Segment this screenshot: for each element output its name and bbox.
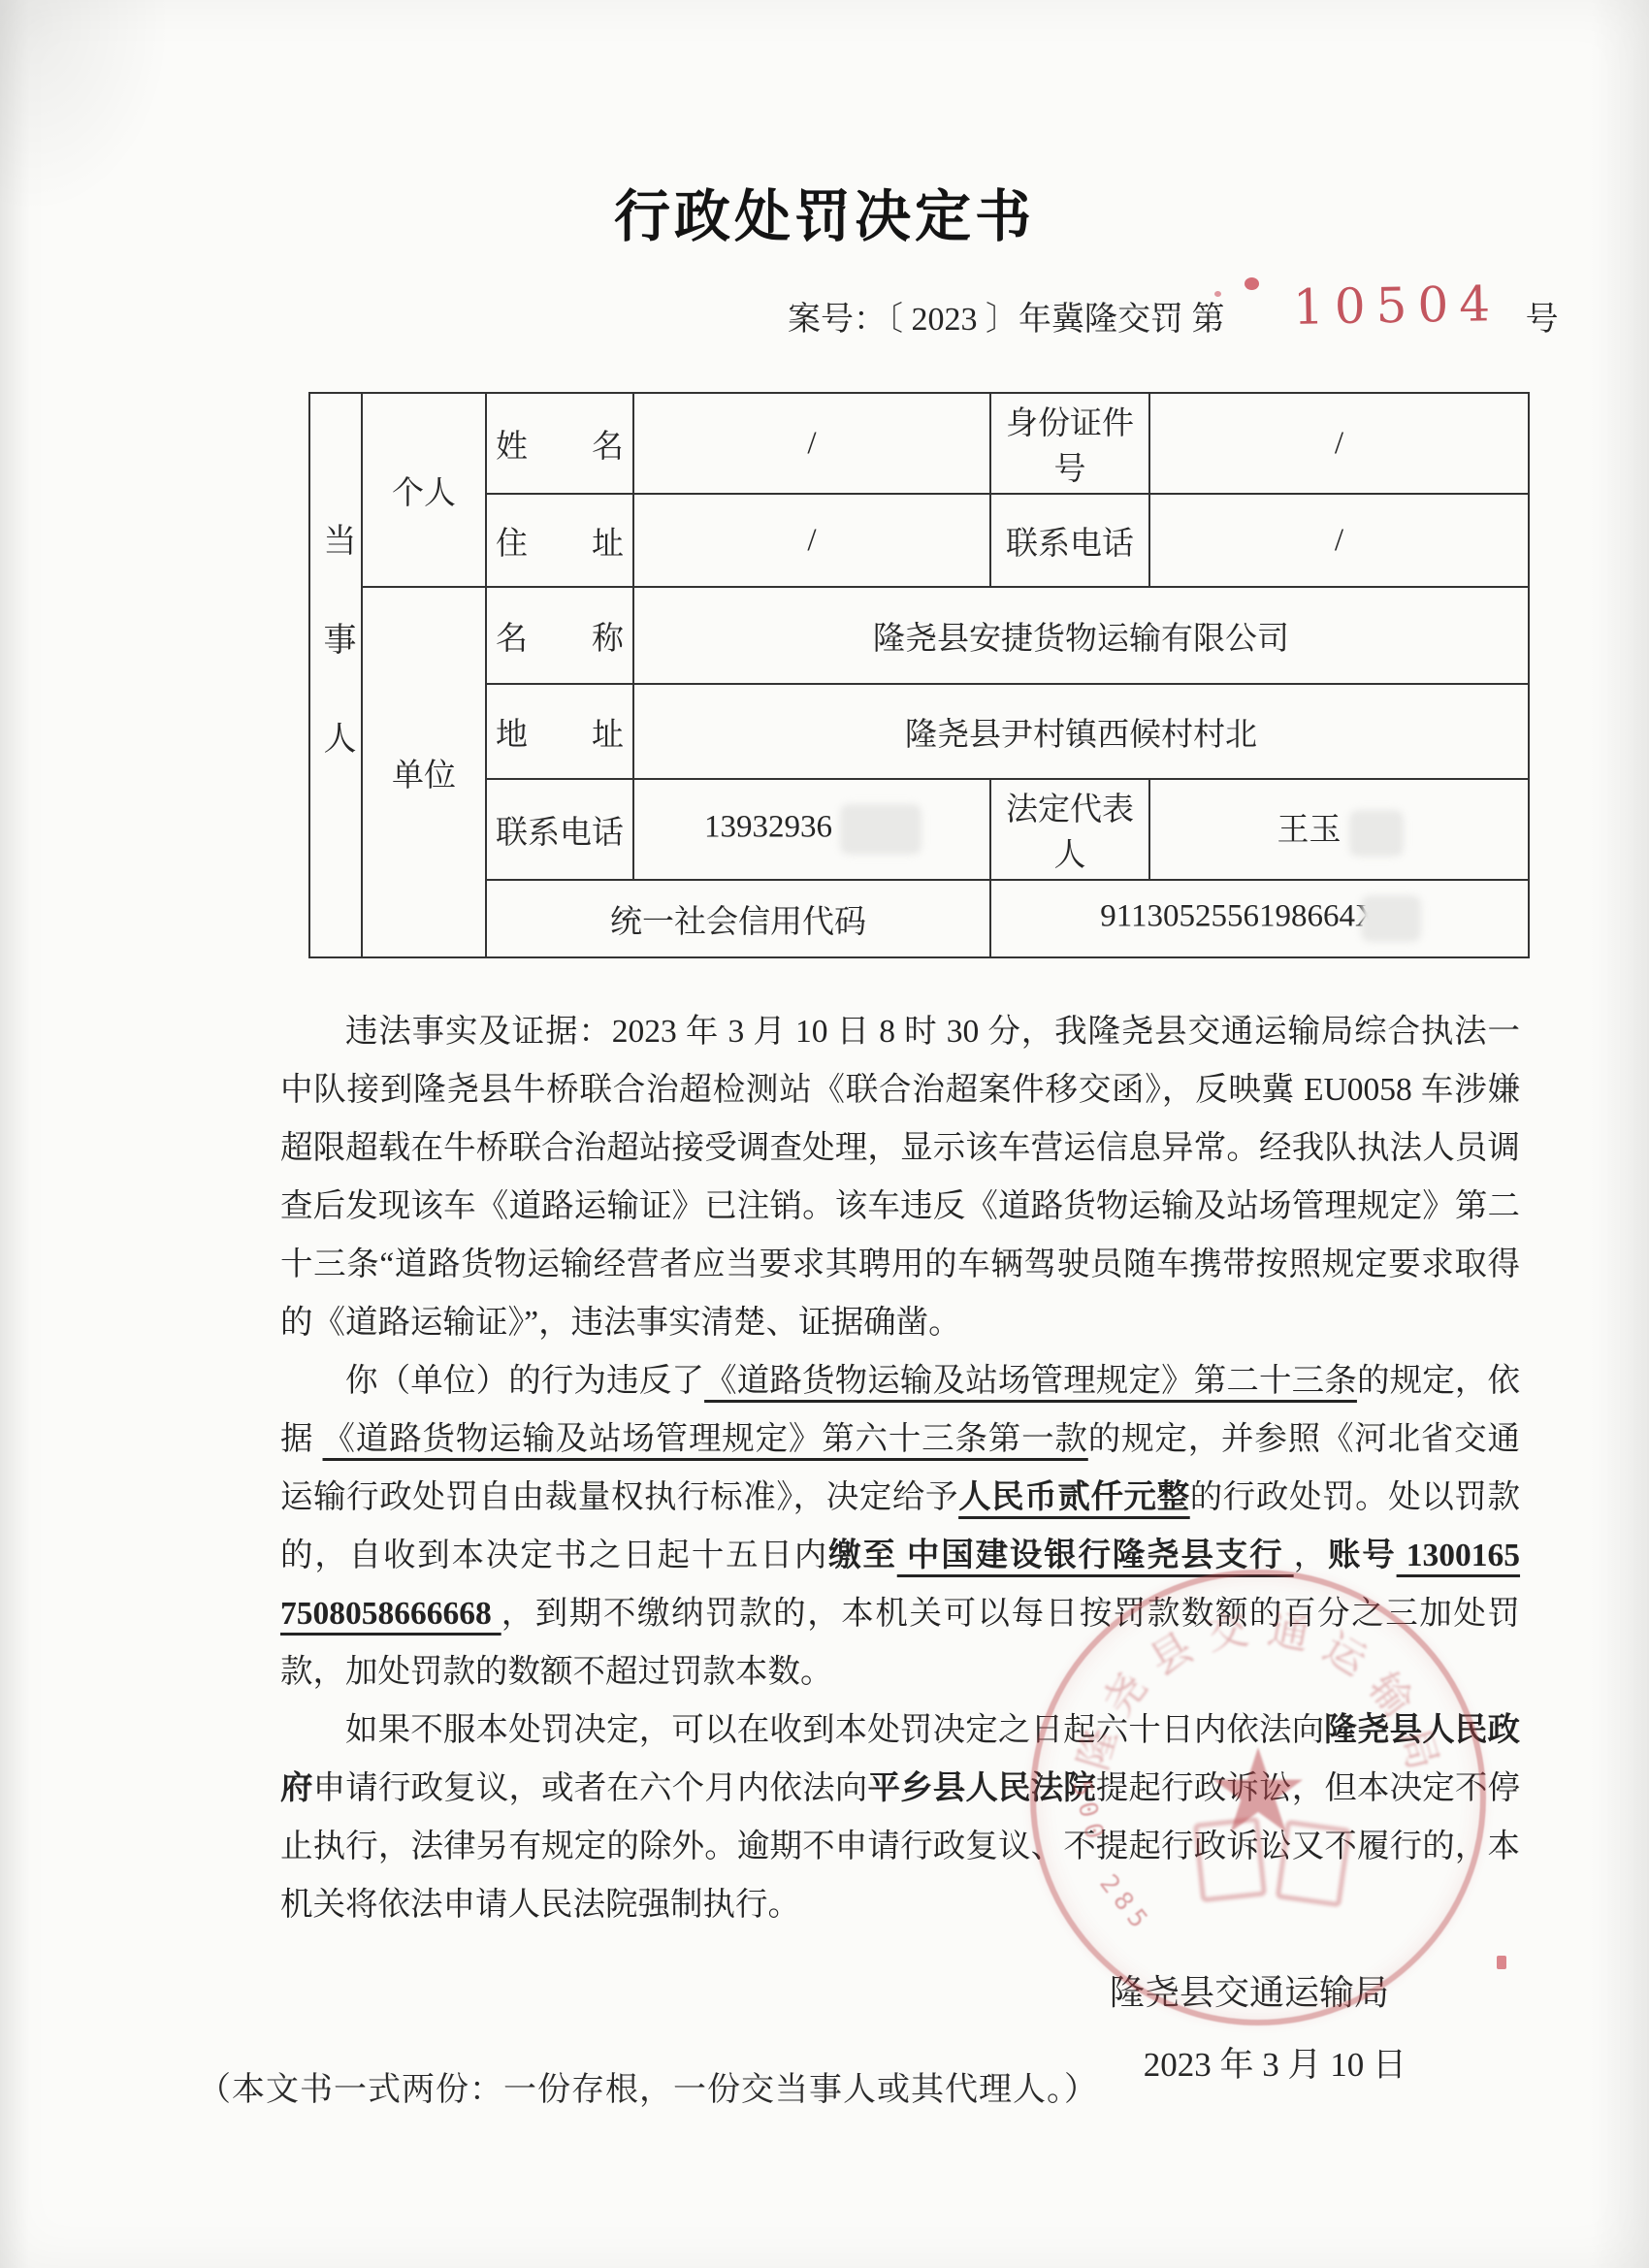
name-value: /: [633, 393, 990, 494]
unit-phone-digits: 13932936: [704, 810, 832, 845]
phone-value: /: [1149, 494, 1529, 587]
legal-rep-value: 王玉: [1149, 779, 1529, 880]
id-number-value: /: [1149, 393, 1529, 494]
legal-rep-name: 王玉: [1277, 813, 1342, 848]
unit-address-label: 地 址: [486, 684, 633, 779]
case-number-stamp: 10504: [1292, 275, 1501, 336]
address-label: 住 址: [486, 494, 633, 587]
ink-speck: [1497, 1956, 1506, 1969]
redaction-blur: [842, 806, 920, 853]
redaction-blur: [1351, 812, 1402, 855]
party-label: 当事人: [319, 523, 352, 820]
address-value: /: [633, 494, 990, 587]
ink-speck: [1245, 277, 1259, 290]
paragraph: 如果不服本处罚决定，可以在收到本处罚决定之日起六十日内依法向隆尧县人民政府申请行…: [280, 1701, 1520, 1934]
scanned-document-page: 行政处罚决定书 案号：〔 2023 〕年冀隆交罚 第10504号 当事人 个人 …: [0, 0, 1649, 2268]
signature-agency: 隆尧县交通运输局: [0, 1965, 1649, 2015]
unit-phone-value: 13932936: [633, 779, 990, 880]
case-number-suffix: 号: [1526, 302, 1559, 338]
credit-code-value: 9113052556198664X: [990, 880, 1529, 957]
credit-code-digits: 9113052556198664X: [1100, 899, 1378, 934]
document-title: 行政处罚决定书: [0, 0, 1649, 252]
name-label: 姓 名: [486, 393, 633, 494]
paragraph: 你（单位）的行为违反了《道路货物运输及站场管理规定》第二十三条的规定，依据 《道…: [280, 1352, 1520, 1701]
footer-note: （本文书一式两份：一份存根，一份交当事人或其代理人。）: [198, 2062, 1098, 2110]
case-number-line: 案号：〔 2023 〕年冀隆交罚 第10504号: [0, 285, 1649, 341]
unit-address-value: 隆尧县尹村镇西候村村北: [633, 684, 1529, 779]
party-info-table: 当事人 个人 姓 名 / 身份证件号 / 住 址 / 联系电话 / 单位 名 称…: [308, 392, 1530, 958]
phone-label: 联系电话: [990, 494, 1149, 587]
ink-speck: [1214, 291, 1221, 297]
party-label-cell: 当事人: [309, 393, 362, 957]
redaction-blur: [1363, 897, 1419, 940]
party-info-table-wrap: 当事人 个人 姓 名 / 身份证件号 / 住 址 / 联系电话 / 单位 名 称…: [308, 392, 1528, 958]
credit-code-label: 统一社会信用代码: [486, 880, 990, 957]
case-number-prefix: 案号：〔 2023 〕年冀隆交罚 第: [788, 302, 1225, 338]
unit-name-value: 隆尧县安捷货物运输有限公司: [633, 587, 1529, 684]
person-group-cell: 个人: [362, 393, 486, 587]
unit-phone-label: 联系电话: [486, 779, 633, 880]
paragraph: 违法事实及证据：2023 年 3 月 10 日 8 时 30 分，我隆尧县交通运…: [280, 1003, 1520, 1352]
unit-group-cell: 单位: [362, 587, 486, 957]
legal-rep-label: 法定代表人: [990, 779, 1149, 880]
body-paragraphs: 违法事实及证据：2023 年 3 月 10 日 8 时 30 分，我隆尧县交通运…: [280, 1003, 1520, 1934]
id-number-label: 身份证件号: [990, 393, 1149, 494]
unit-name-label: 名 称: [486, 587, 633, 684]
